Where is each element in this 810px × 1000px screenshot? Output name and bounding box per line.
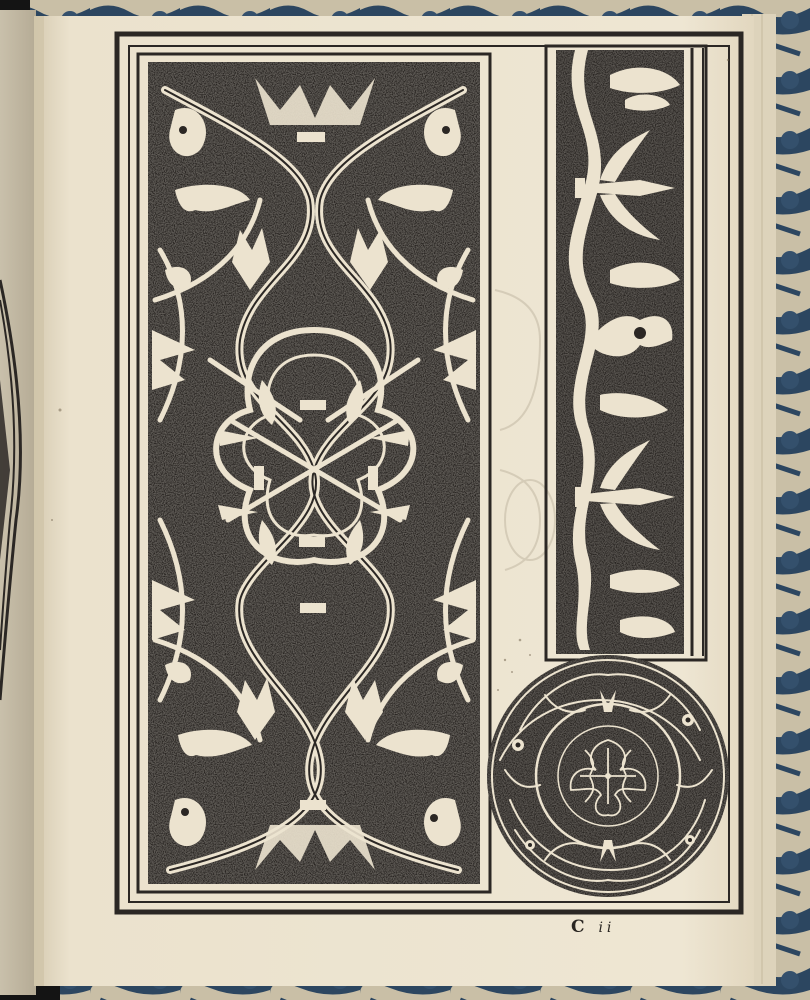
signature-mark: C ii bbox=[571, 917, 615, 937]
floral-border bbox=[546, 46, 706, 660]
signature-letter: C bbox=[571, 917, 589, 937]
roundel-medallion bbox=[487, 655, 729, 897]
facing-page bbox=[0, 10, 36, 995]
woodcut-page-illustration bbox=[0, 0, 810, 1000]
signature-number: ii bbox=[598, 920, 615, 936]
interlace-panel bbox=[138, 54, 490, 892]
book-page-scene: C ii bbox=[0, 0, 810, 1000]
